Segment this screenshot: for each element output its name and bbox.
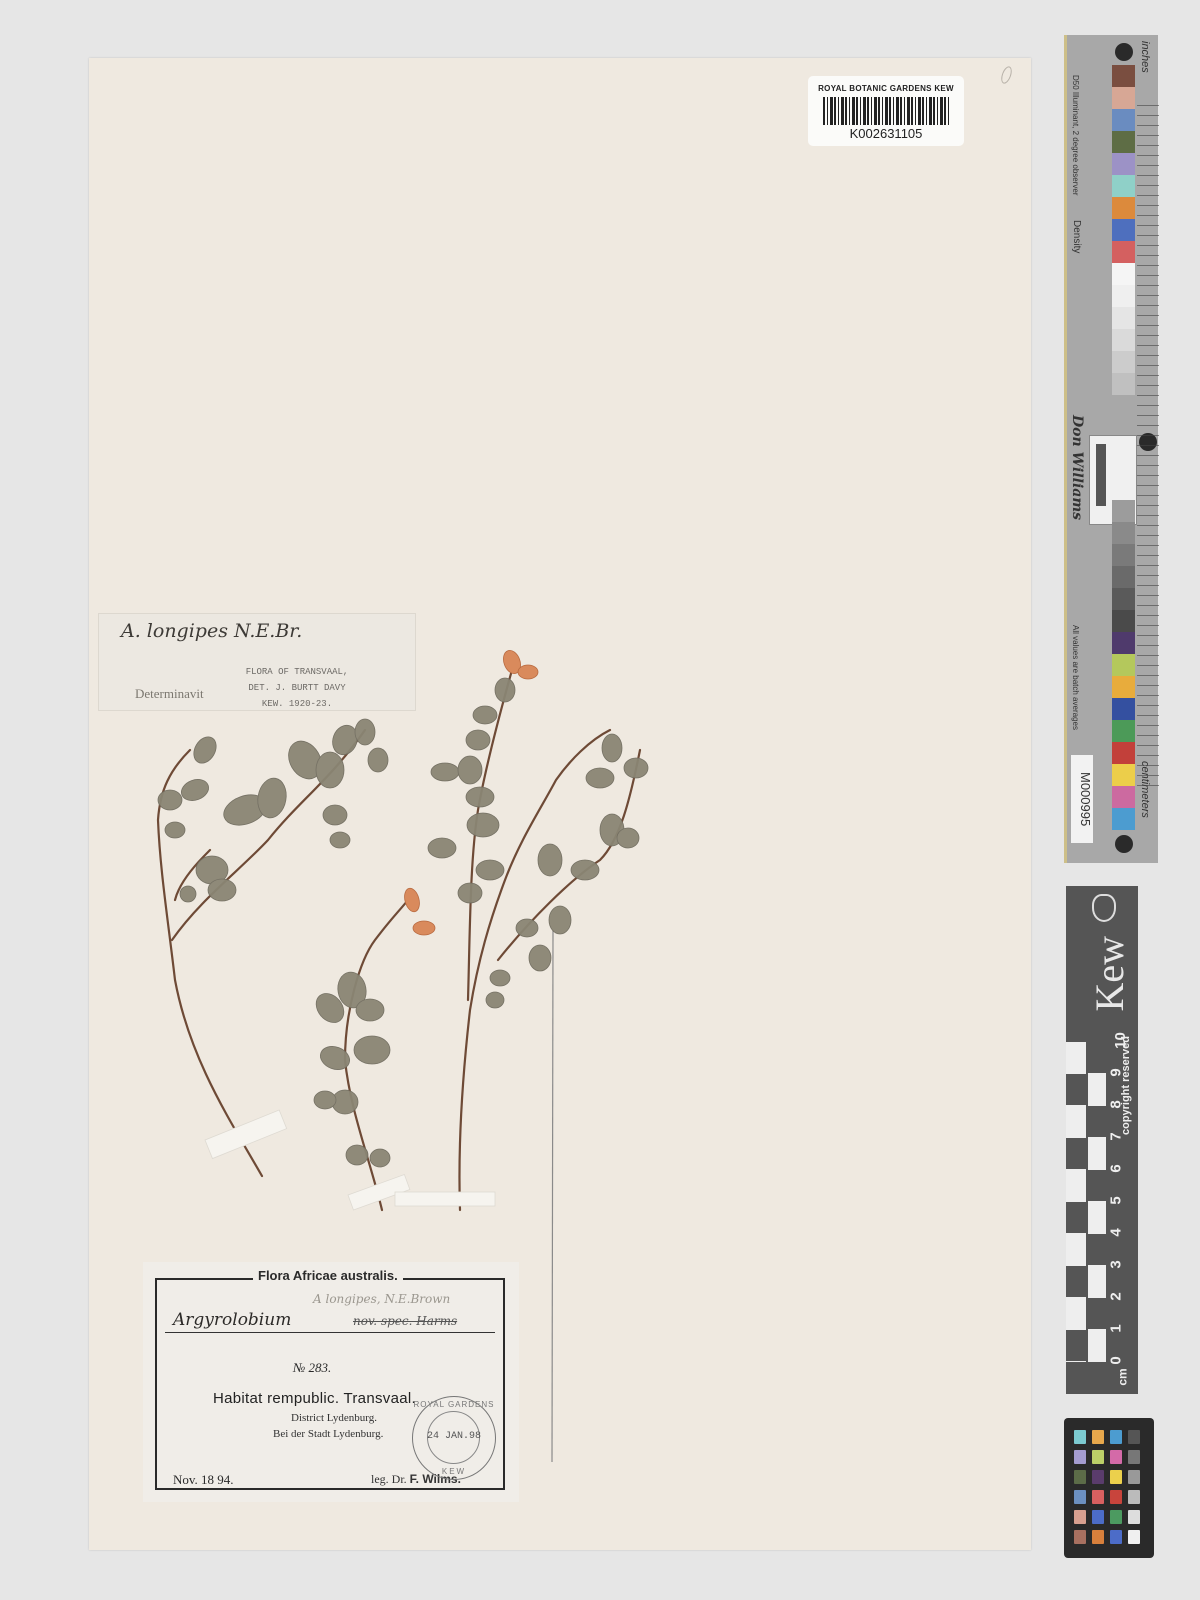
stamp-line: KEW. 1920-23. bbox=[237, 696, 357, 712]
color-swatch bbox=[1112, 654, 1135, 676]
color-chip bbox=[1092, 1450, 1104, 1464]
genus-name: Argyrolobium bbox=[173, 1310, 291, 1330]
color-chip bbox=[1074, 1450, 1086, 1464]
color-chip bbox=[1092, 1430, 1104, 1444]
scale-cell bbox=[1088, 1266, 1106, 1298]
color-chip bbox=[1110, 1490, 1122, 1504]
collection-date: Nov. 18 94. bbox=[173, 1472, 234, 1488]
color-calibration-ruler: inches centimeters D50 Illuminant, 2 deg… bbox=[1064, 35, 1158, 863]
ruler-ticks bbox=[1137, 105, 1159, 795]
density-text: Density bbox=[1071, 220, 1082, 253]
scale-tick-label: 9 bbox=[1108, 1068, 1125, 1076]
number-prefix: № bbox=[293, 1360, 305, 1375]
color-swatch bbox=[1112, 676, 1135, 698]
kew-scale-bar: Kew copyright reserved 012345678910 cm bbox=[1066, 886, 1138, 1394]
scale-cell bbox=[1088, 1298, 1106, 1330]
color-chip bbox=[1074, 1490, 1086, 1504]
barcode-label: ROYAL BOTANIC GARDENS KEW K002631105 bbox=[808, 76, 964, 146]
color-swatch bbox=[1112, 786, 1135, 808]
color-chip bbox=[1074, 1530, 1086, 1544]
color-swatch bbox=[1112, 153, 1135, 175]
scale-cell bbox=[1066, 1266, 1086, 1298]
barcode bbox=[823, 97, 949, 125]
stamp-ring-bottom: KEW bbox=[413, 1467, 495, 1476]
color-swatch bbox=[1112, 241, 1135, 263]
color-checker-card bbox=[1064, 1418, 1154, 1558]
collector-prefix: leg. Dr. bbox=[371, 1472, 407, 1486]
name-underline bbox=[165, 1332, 495, 1333]
scale-cell bbox=[1088, 1330, 1106, 1362]
color-swatch bbox=[1112, 698, 1135, 720]
number-value: 283. bbox=[309, 1360, 332, 1375]
scale-tick-label: 0 bbox=[1108, 1356, 1125, 1364]
color-chip bbox=[1092, 1530, 1104, 1544]
batch-text: All values are batch averages bbox=[1071, 625, 1080, 730]
color-swatch bbox=[1112, 219, 1135, 241]
grey-chip bbox=[1128, 1490, 1140, 1504]
color-swatch bbox=[1112, 566, 1135, 588]
determination-label: A. longipes N.E.Br. Determinavit FLORA O… bbox=[98, 613, 416, 711]
ruler-brand: Don Williams bbox=[1069, 415, 1085, 520]
color-swatch bbox=[1112, 544, 1135, 566]
scale-cell bbox=[1088, 1042, 1106, 1074]
scale-cell bbox=[1066, 1234, 1086, 1266]
grey-chip bbox=[1128, 1510, 1140, 1524]
scale-cell bbox=[1066, 1106, 1086, 1138]
scale-cell bbox=[1066, 1298, 1086, 1330]
color-swatch bbox=[1112, 373, 1135, 395]
scale-cell bbox=[1088, 1234, 1106, 1266]
ruler-hole-icon bbox=[1115, 43, 1133, 61]
color-swatch bbox=[1112, 109, 1135, 131]
pencil-annotation: A longipes, N.E.Brown bbox=[313, 1292, 450, 1306]
color-swatch bbox=[1112, 307, 1135, 329]
units-inches: inches bbox=[1139, 41, 1151, 73]
scale-cell bbox=[1066, 1202, 1086, 1234]
color-swatch bbox=[1112, 197, 1135, 219]
locality-text: Bei der Stadt Lydenburg. bbox=[273, 1428, 383, 1440]
scale-cell bbox=[1066, 1330, 1086, 1362]
receipt-stamp: ROYAL GARDENS 24 JAN.98 KEW bbox=[412, 1396, 496, 1480]
scale-tick-label: 5 bbox=[1108, 1196, 1125, 1204]
scale-cell bbox=[1066, 1170, 1086, 1202]
scale-tick-label: 3 bbox=[1108, 1260, 1125, 1268]
scale-tick-label: 8 bbox=[1108, 1100, 1125, 1108]
scale-cell bbox=[1088, 1170, 1106, 1202]
scale-cell bbox=[1066, 1042, 1086, 1074]
institution-name: ROYAL BOTANIC GARDENS KEW bbox=[808, 84, 964, 93]
handwritten-determination: A. longipes N.E.Br. bbox=[121, 620, 302, 642]
scale-cell bbox=[1088, 1074, 1106, 1106]
color-swatch bbox=[1112, 808, 1135, 830]
stamp-line: FLORA OF TRANSVAAL, bbox=[237, 664, 357, 680]
ruler-hole-icon bbox=[1115, 835, 1133, 853]
color-swatch bbox=[1112, 522, 1135, 544]
color-chip bbox=[1092, 1490, 1104, 1504]
color-chip bbox=[1110, 1430, 1122, 1444]
color-chip bbox=[1074, 1510, 1086, 1524]
illuminant-text: D50 Illuminant, 2 degree observer bbox=[1071, 75, 1080, 196]
scale-cell bbox=[1088, 1202, 1106, 1234]
color-swatch bbox=[1112, 764, 1135, 786]
ruler-code: M000995 bbox=[1071, 755, 1093, 843]
habitat-text: Habitat rempublic. Transvaal. bbox=[213, 1390, 416, 1407]
color-chip bbox=[1110, 1450, 1122, 1464]
color-swatch bbox=[1112, 351, 1135, 373]
district-text: District Lydenburg. bbox=[291, 1412, 377, 1424]
scale-tick-label: 4 bbox=[1108, 1228, 1125, 1236]
scale-cell bbox=[1066, 1138, 1086, 1170]
color-swatch bbox=[1112, 742, 1135, 764]
color-swatch bbox=[1112, 263, 1135, 285]
grey-chip bbox=[1128, 1430, 1140, 1444]
scale-tick-label: 7 bbox=[1108, 1132, 1125, 1140]
struck-annotation: nov. spec. Harms bbox=[353, 1314, 457, 1328]
copyright-text: copyright reserved bbox=[1120, 1036, 1132, 1135]
color-swatch bbox=[1112, 329, 1135, 351]
stamp-date: 24 JAN.98 bbox=[413, 1431, 495, 1442]
color-swatch bbox=[1112, 588, 1135, 610]
grey-chip bbox=[1128, 1530, 1140, 1544]
color-chip bbox=[1074, 1430, 1086, 1444]
color-swatch bbox=[1112, 65, 1135, 87]
grey-chip bbox=[1128, 1450, 1140, 1464]
scale-unit: cm bbox=[1116, 1368, 1130, 1385]
color-swatch bbox=[1112, 175, 1135, 197]
stamp-ring-top: ROYAL GARDENS bbox=[413, 1400, 495, 1409]
kew-crest-icon bbox=[1092, 894, 1116, 922]
color-swatch bbox=[1112, 720, 1135, 742]
scale-tick-label: 10 bbox=[1112, 1032, 1129, 1049]
color-swatch bbox=[1112, 87, 1135, 109]
color-swatch bbox=[1112, 632, 1135, 654]
color-chip bbox=[1110, 1530, 1122, 1544]
scale-cell bbox=[1088, 1138, 1106, 1170]
determinavit-text: Determinavit bbox=[135, 686, 204, 702]
stamp-line: DET. J. BURTT DAVY bbox=[237, 680, 357, 696]
scale-tick-label: 2 bbox=[1108, 1292, 1125, 1300]
color-swatch bbox=[1112, 131, 1135, 153]
scale-tick-label: 6 bbox=[1108, 1164, 1125, 1172]
scale-tick-label: 1 bbox=[1108, 1324, 1125, 1332]
scale-cell bbox=[1066, 1074, 1086, 1106]
label-title: Flora Africae australis. bbox=[253, 1268, 403, 1283]
scale-cell bbox=[1088, 1106, 1106, 1138]
color-swatch bbox=[1112, 500, 1135, 522]
color-chip bbox=[1074, 1470, 1086, 1484]
color-swatch bbox=[1112, 610, 1135, 632]
color-chip bbox=[1092, 1510, 1104, 1524]
barcode-number: K002631105 bbox=[808, 126, 964, 141]
grey-chip bbox=[1128, 1470, 1140, 1484]
color-chip bbox=[1110, 1470, 1122, 1484]
color-swatch bbox=[1112, 285, 1135, 307]
kew-wordmark: Kew bbox=[1086, 936, 1133, 1012]
collection-number: № 283. bbox=[293, 1360, 331, 1376]
determination-stamp: FLORA OF TRANSVAAL, DET. J. BURTT DAVY K… bbox=[237, 664, 357, 712]
color-chip bbox=[1110, 1510, 1122, 1524]
color-chip bbox=[1092, 1470, 1104, 1484]
